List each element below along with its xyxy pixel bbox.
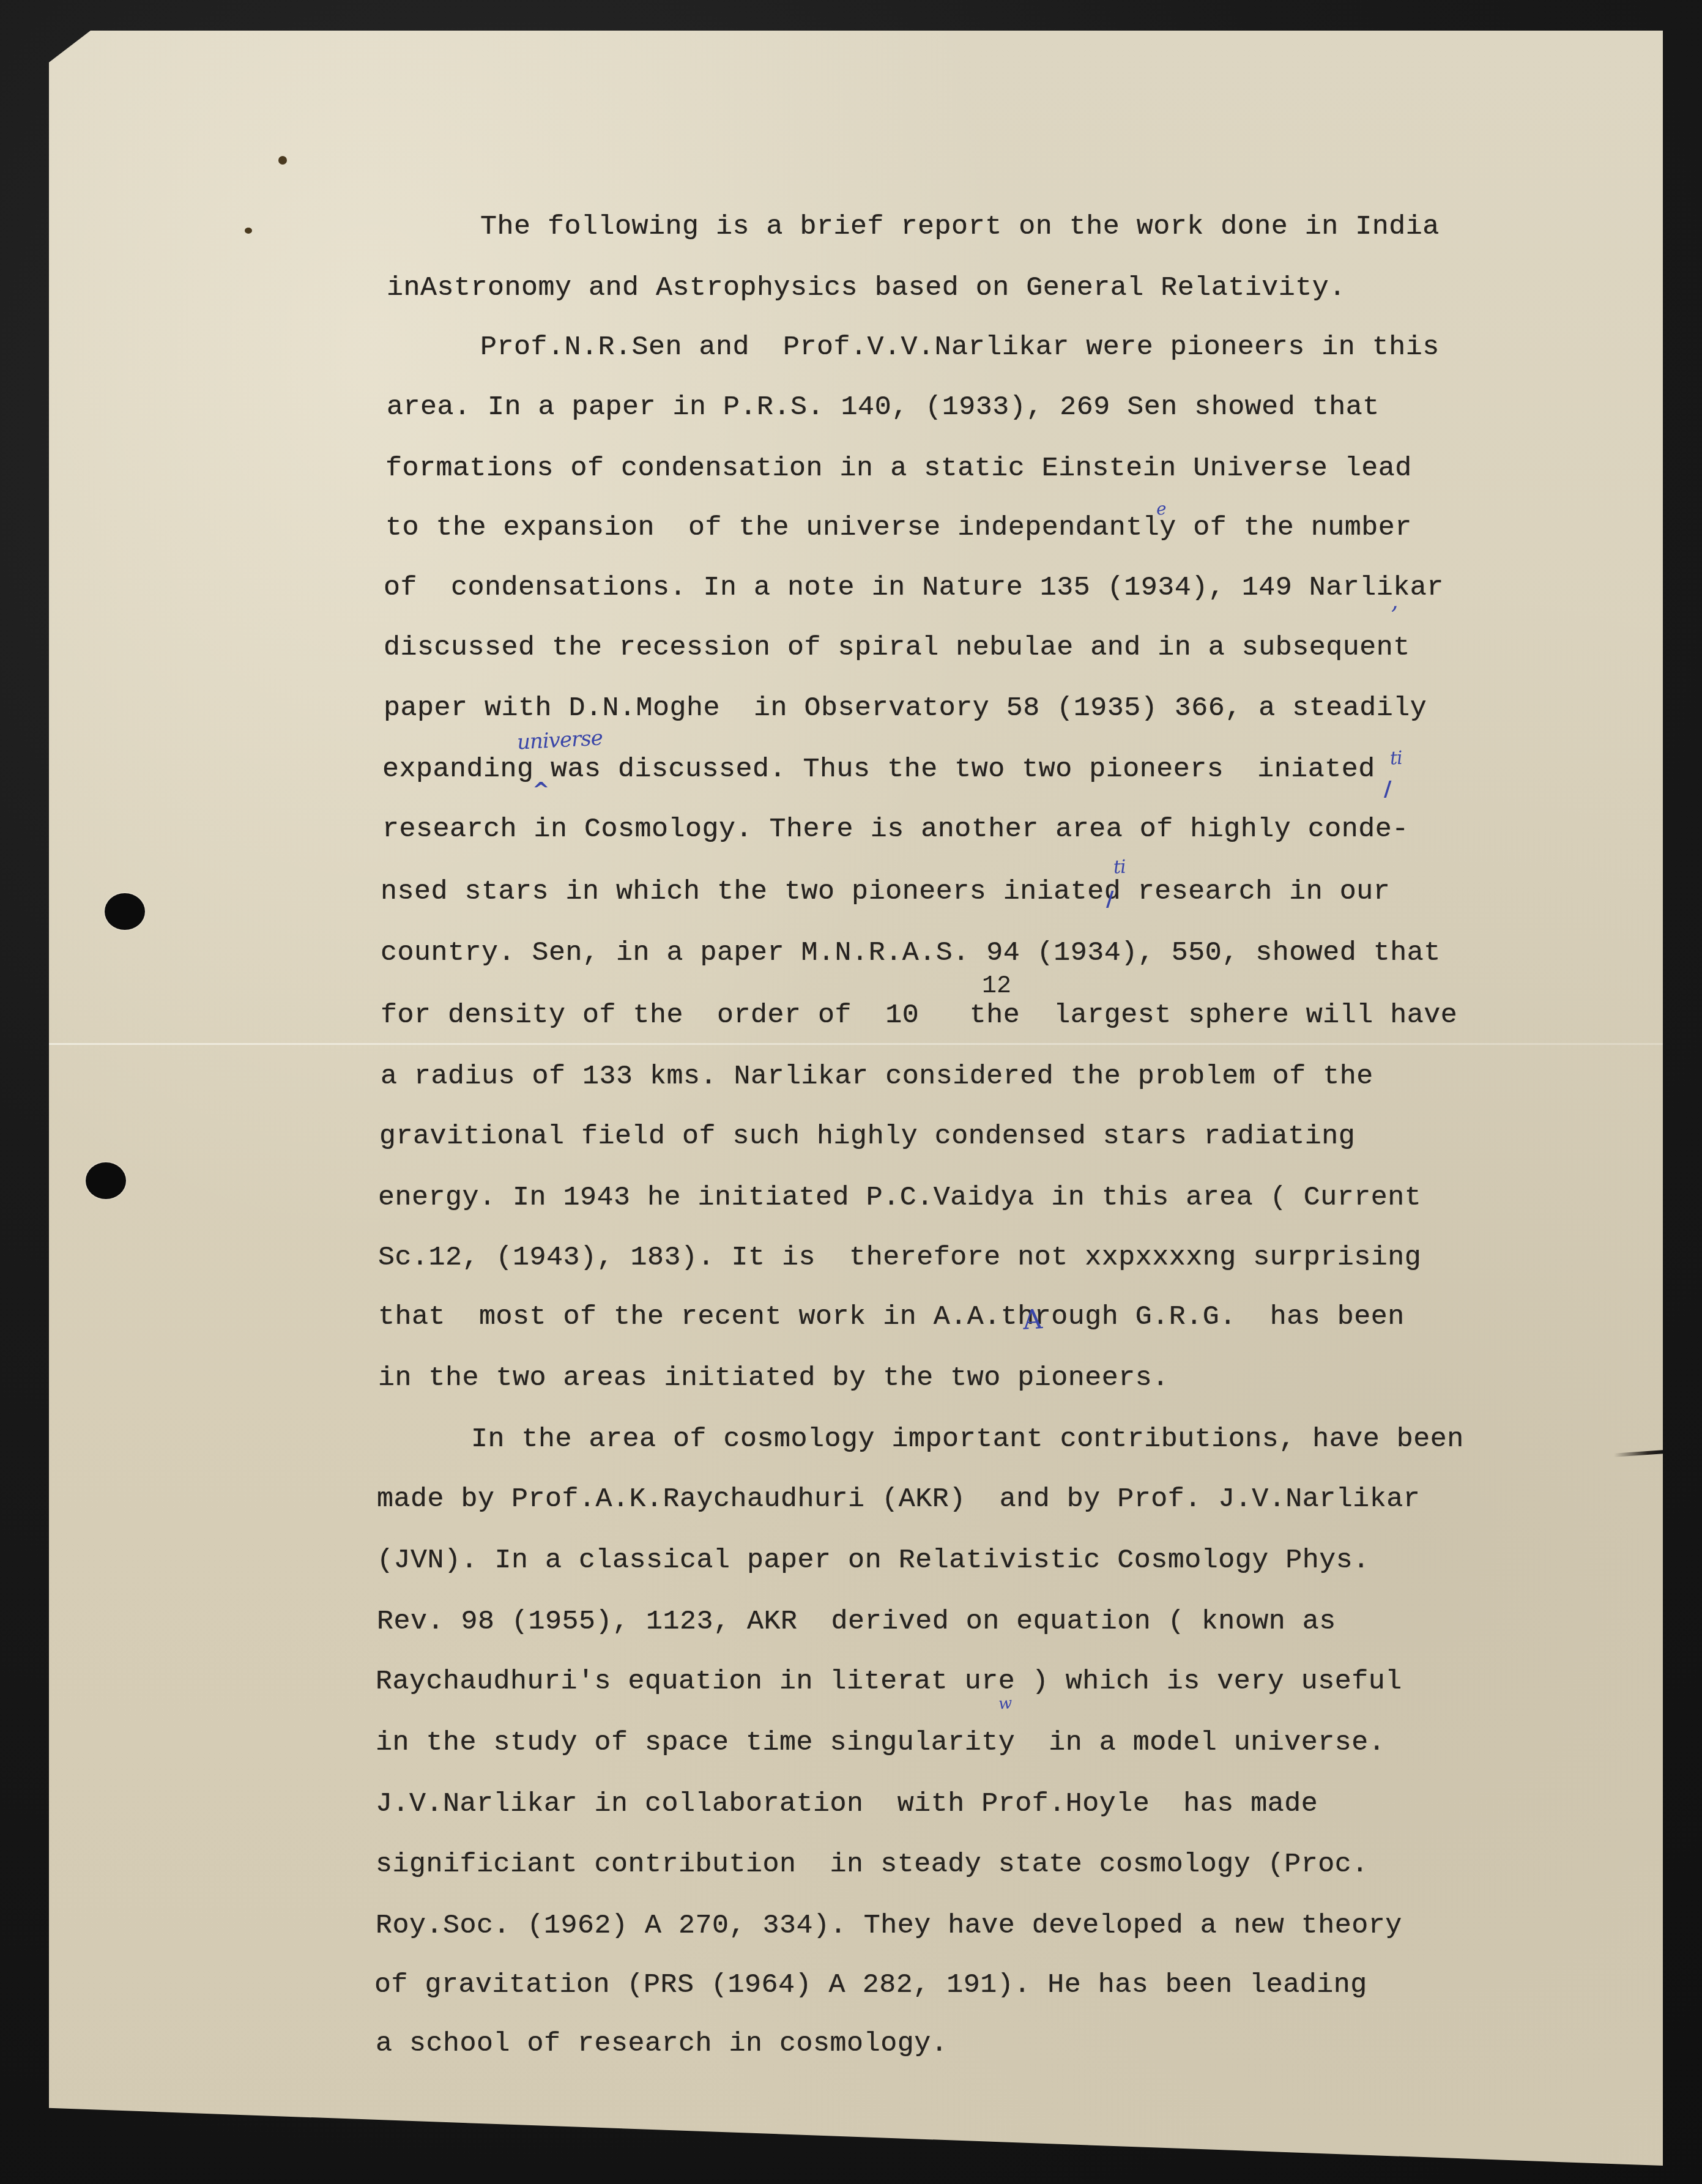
text-line: Sc.12, (1943), 183). It is therefore not…	[378, 1244, 1421, 1271]
insertion-caret-mark: ^	[532, 778, 550, 803]
text-line: a radius of 133 kms. Narlikar considered…	[381, 1063, 1373, 1090]
punch-hole-upper	[105, 893, 145, 930]
text-line: Rev. 98 (1955), 1123, AKR derived on equ…	[377, 1608, 1336, 1635]
handwritten-insertion-universe: universe	[516, 726, 603, 754]
text-line: formations of condensation in a static E…	[385, 455, 1412, 482]
text-line: gravitional field of such highly condens…	[379, 1123, 1355, 1150]
text-line: Raychaudhuri's equation in literat ure )…	[376, 1668, 1402, 1695]
text-line: of condensations. In a note in Nature 13…	[384, 574, 1444, 601]
text-line: in the two areas initiated by the two pi…	[378, 1364, 1169, 1392]
handwritten-correction-e: e	[1156, 499, 1166, 519]
handwritten-mark-w: w	[998, 1694, 1012, 1713]
paper-fold-line	[49, 1043, 1663, 1045]
text-line: inAstronomy and Astrophysics based on Ge…	[387, 274, 1346, 302]
text-line: (JVN). In a classical paper on Relativis…	[377, 1547, 1370, 1574]
text-line: In the area of cosmology important contr…	[471, 1425, 1464, 1453]
text-line: a school of research in cosmology.	[376, 2030, 948, 2057]
text-line: J.V.Narlikar in collaboration with Prof.…	[376, 1790, 1318, 1818]
punch-hole-lower	[86, 1162, 126, 1199]
text-line: made by Prof.A.K.Raychaudhuri (AKR) and …	[377, 1485, 1420, 1513]
handwritten-correction-ti: ti	[1113, 856, 1126, 878]
handwritten-overwrite-a: A	[1022, 1304, 1042, 1336]
text-line: country. Sen, in a paper M.N.R.A.S. 94 (…	[381, 939, 1441, 967]
handwritten-comma: ,	[1390, 587, 1398, 615]
text-line: for density of the order of 10 the large…	[381, 1001, 1457, 1029]
text-line: paper with D.N.Moghe in Observatory 58 (…	[384, 694, 1427, 722]
text-line: expanding was discussed. Thus the two tw…	[382, 756, 1375, 783]
text-line: The following is a brief report on the w…	[480, 213, 1440, 240]
text-line: in the study of space time singularity i…	[376, 1729, 1385, 1756]
paper-tear	[1614, 1450, 1663, 1457]
text-line: research in Cosmology. There is another …	[382, 815, 1409, 843]
text-line: nsed stars in which the two pioneers ini…	[381, 878, 1390, 905]
text-line: to the expansion of the universe indepen…	[385, 514, 1412, 541]
paper-speck	[245, 228, 252, 234]
paper-speck	[278, 156, 287, 165]
superscript-exponent: 12	[982, 973, 1011, 1000]
correction-stroke-mark: /	[1106, 887, 1113, 912]
handwritten-correction-ti: ti	[1389, 748, 1402, 770]
text-line: that most of the recent work in A.A.thro…	[378, 1303, 1405, 1331]
text-line: of gravitation (PRS (1964) A 282, 191). …	[374, 1971, 1367, 1999]
correction-stroke-mark: /	[1384, 777, 1391, 801]
text-line: area. In a paper in P.R.S. 140, (1933), …	[387, 393, 1380, 421]
text-line: significiant contribution in steady stat…	[376, 1851, 1369, 1878]
text-line: Roy.Soc. (1962) A 270, 334). They have d…	[376, 1912, 1402, 1939]
text-line: Prof.N.R.Sen and Prof.V.V.Narlikar were …	[480, 333, 1440, 361]
text-line: discussed the recession of spiral nebula…	[384, 634, 1410, 661]
text-line: energy. In 1943 he initiated P.C.Vaidya …	[378, 1184, 1421, 1211]
